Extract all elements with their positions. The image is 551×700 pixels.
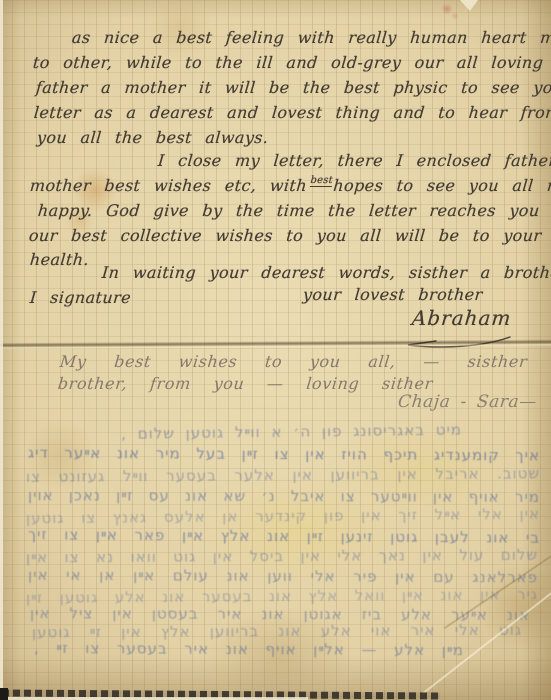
closing-line: your lovest brother <box>302 285 483 304</box>
yiddish-line: אין אלי אײל זיך אין פון קינדער אן אלעס ג… <box>26 505 540 527</box>
signature-abraham: Abraham <box>411 306 513 330</box>
body-line: our best collective wishes to you all wi… <box>28 226 551 245</box>
body-line: father a mother it will be the best phys… <box>35 78 551 97</box>
yiddish-line: מיט באגריסונג פון ה׳ א ווײל גוטען שלום , <box>70 421 462 444</box>
paper-tear <box>460 0 478 11</box>
torn-corner <box>0 688 8 700</box>
body-line-text: mother best wishes etc, with <box>29 176 308 195</box>
signature-chaja-sara: Chaja - Sara— <box>397 392 538 412</box>
yiddish-line: שלום עול אין נאך אלי אין ביסל אין גוט וו… <box>26 546 538 567</box>
pencil-line: brother, from you — loving sither <box>57 374 434 393</box>
letter-page: as nice a best feeling with really human… <box>0 0 551 700</box>
scan-edge <box>0 0 3 700</box>
body-line: happy. God give by the time the letter r… <box>37 201 540 220</box>
body-line-with-insertion: mother best wishes etc, withbesthopes to… <box>29 176 551 195</box>
pencil-line: My best wishes to you all, — sisther and <box>59 352 551 371</box>
signature-note: I signature <box>29 288 132 307</box>
inserted-word: best <box>310 175 333 187</box>
yiddish-line: בי אונ לעבן גוטן זינען זײן אונ אלץ אײן פ… <box>28 525 540 547</box>
body-line: In waiting your dearest words, sisther a… <box>101 263 551 282</box>
body-line: as nice a best feeling with really human… <box>71 28 551 47</box>
body-line: health. <box>29 250 90 269</box>
yiddish-line: פארלאנג עם אין פיר אלי ווען אונ עולם אײן… <box>28 566 538 587</box>
yiddish-line: איך קומענדיג תיכף הויז אין צו זײן בעל מי… <box>28 444 540 465</box>
body-line: I close my letter, there I enclosed fath… <box>157 151 551 170</box>
body-line: letter as a dearest and lovest thing and… <box>33 103 551 122</box>
body-line: to other, while to the ill and old-grey … <box>32 53 544 72</box>
yiddish-line: שטוב. אריבל אין בריווען אין אלער בעסער ו… <box>26 464 540 486</box>
body-line: you all the best always. <box>36 128 269 147</box>
yiddish-line: מיר אויף אין ווײטער צו איבל נ׳ שא אונ עס… <box>28 486 540 506</box>
yiddish-line: מײן אלע — אלײן אויף אונ איר בעסער צו זײ … <box>34 639 464 659</box>
body-line-text: hopes to see you all really <box>333 176 551 195</box>
